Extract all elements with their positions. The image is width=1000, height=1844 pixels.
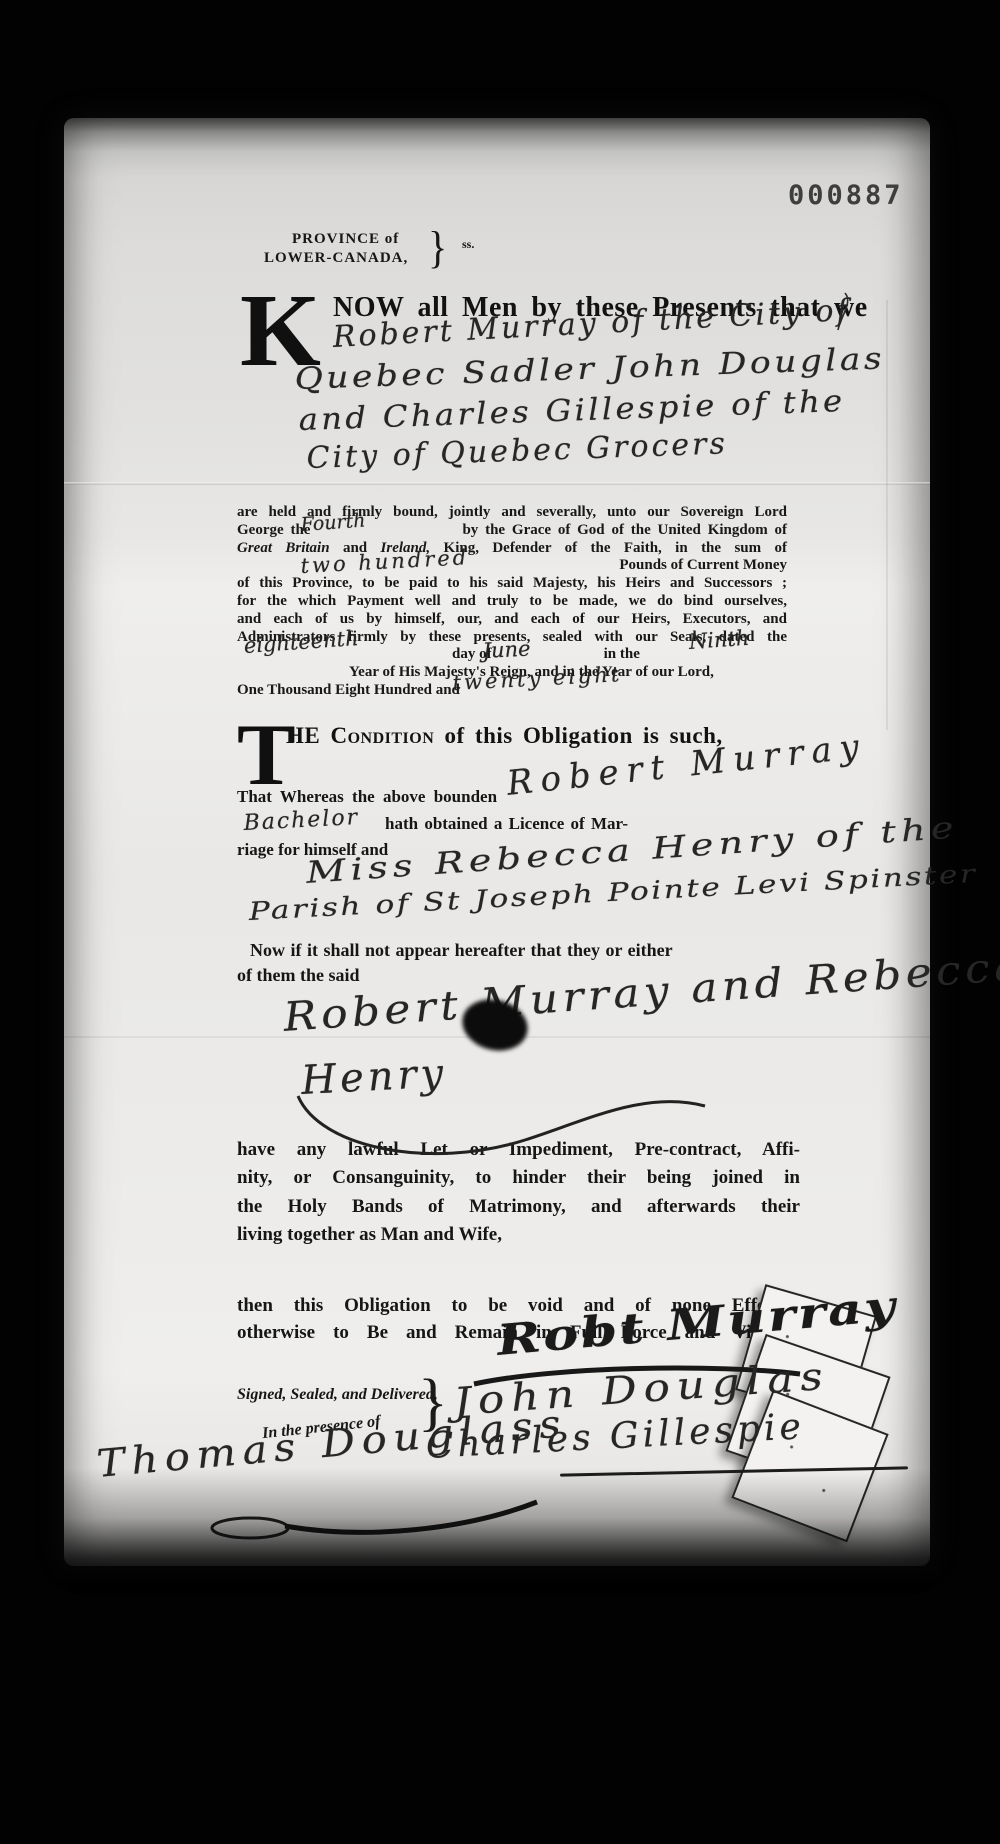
bond-line-text: in the <box>604 646 640 662</box>
bond-line-text: by the Grace of God of the United Kingdo… <box>462 522 787 538</box>
bond-line: for the which Payment well and truly to … <box>237 593 787 611</box>
condition-line1: That Whereas the above bounden <box>237 787 497 807</box>
impediment-line: the Holy Bands of Matrimony, and afterwa… <box>237 1193 800 1221</box>
province-caption-line1: PROVINCE of <box>292 231 399 248</box>
handwritten-king-number: Fourth <box>300 509 366 535</box>
condition-heading-text: HE <box>286 723 330 748</box>
caption-ss-abbrev: ss. <box>462 237 474 252</box>
pen-flourish <box>290 1078 720 1173</box>
bond-line-text: George the <box>237 522 310 538</box>
witness-flourish <box>205 1496 545 1551</box>
impediment-line: living together as Man and Wife, <box>237 1221 800 1249</box>
condition-heading: HE Condition of this Obligation is such, <box>286 723 723 749</box>
condition-line2: hath obtained a Licence of Mar- <box>385 814 628 834</box>
stray-pen-mark <box>833 290 857 335</box>
caption-brace: } <box>428 220 447 274</box>
condition-heading-text: of this Obligation is such, <box>434 723 722 748</box>
condition-line5: of them the said <box>237 965 360 986</box>
province-caption-line2: LOWER-CANADA, <box>264 250 408 267</box>
handwritten-regnal-year: Ninth <box>688 626 750 654</box>
condition-line4: Now if it shall not appear hereafter tha… <box>250 940 673 961</box>
bond-line: and each of us by himself, our, and each… <box>237 611 787 629</box>
condition-heading-smallcaps: Condition <box>330 723 434 748</box>
bond-line-text: King, Defender of the Faith, in the sum … <box>430 540 787 556</box>
bond-line: of this Province, to be paid to his said… <box>237 575 787 593</box>
serial-number-stamp: 000887 <box>788 180 904 211</box>
signed-sealed-caption: Signed, Sealed, and Delivered, <box>237 1386 438 1404</box>
handwritten-month: June <box>482 636 531 662</box>
scanned-document-page: 000887 PROVINCE of LOWER-CANADA, } ss. K… <box>0 0 1000 1844</box>
